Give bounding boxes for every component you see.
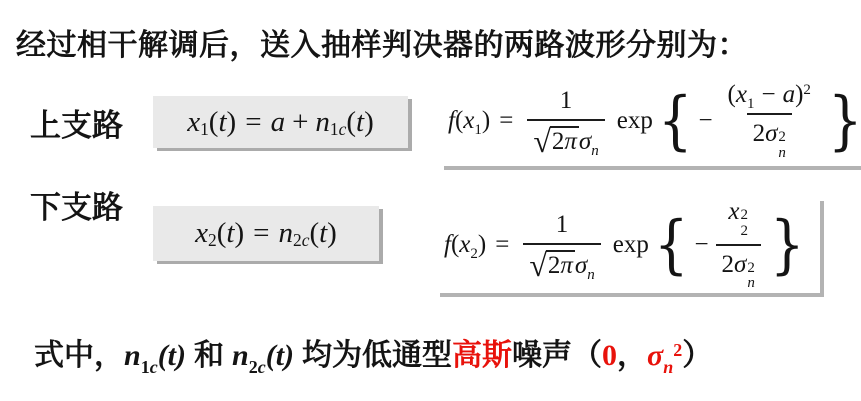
math-token: c (258, 357, 266, 377)
fraction-numerator: x22 (720, 198, 756, 244)
math-subscript: n (663, 357, 673, 377)
pdf1-lhs: f(x1)= (448, 107, 522, 135)
math-token: 1 (556, 211, 569, 239)
footer-noise: 噪声 (512, 339, 572, 372)
math-token: a (783, 81, 796, 109)
math-token: 2 (722, 251, 735, 279)
lower-branch-label: 下支路 (30, 182, 123, 227)
math-token: (t) (266, 339, 294, 372)
math-token: π (560, 252, 573, 280)
math-subscript: 2c (293, 230, 309, 251)
math-token: t (226, 217, 234, 250)
fraction-coefficient: 1 √2πσn (527, 87, 604, 156)
fraction-denominator: 2σ2n (716, 244, 761, 293)
math-token: 2 (249, 357, 258, 377)
math-token: n (315, 106, 330, 139)
right-brace: } (828, 94, 861, 148)
math-token: = (245, 106, 261, 139)
math-supsub-stack: 2n (747, 261, 755, 293)
math-token: exp (613, 231, 649, 259)
fraction-exponent: x22 2σ2n (716, 198, 761, 292)
math-token: n (232, 339, 249, 372)
math-supsub-stack: 22 (741, 208, 749, 240)
footer-zero-highlight: 0 (602, 339, 617, 372)
footer-intro: 式中， (34, 339, 124, 372)
math-token: 2 (293, 230, 302, 250)
pdf-formula-upper: f(x1)= 1 √2πσn exp { − (x1−a)2 2σ2n } (440, 76, 861, 166)
math-token: = (495, 231, 509, 258)
math-subscript: 2 (208, 230, 217, 251)
math-token: − (694, 231, 708, 259)
math-token: ) (482, 107, 490, 134)
math-token: exp (617, 107, 653, 135)
math-subscript: 1 (747, 96, 755, 113)
math-token: ， (617, 339, 647, 372)
fraction-numerator: 1 (552, 87, 581, 119)
math-token: ( (217, 217, 227, 250)
math-token: 2 (548, 252, 561, 280)
footer-and: 和 (194, 339, 224, 372)
left-brace: { (658, 94, 692, 148)
fraction-numerator: (x1−a)2 (720, 81, 819, 113)
math-token: （ (572, 339, 602, 372)
math-token: = (499, 107, 513, 134)
math-token: x (459, 231, 470, 258)
math-token: f (448, 107, 455, 134)
fraction-denominator: √2πσn (523, 243, 600, 280)
sqrt-icon: √ (529, 253, 547, 279)
math-token: ) (478, 231, 486, 258)
math-token: ) (234, 217, 244, 250)
math-token: t (218, 106, 226, 139)
math-token: 1 (141, 357, 150, 377)
math-token: σ (579, 128, 591, 156)
math-token: + (292, 106, 308, 139)
math-token: c (150, 357, 158, 377)
radicand: 2π (550, 126, 579, 156)
pdf2-lhs: f(x2)= (444, 231, 518, 259)
math-token: t (356, 106, 364, 139)
math-superscript: 2 (803, 82, 811, 99)
fraction-numerator: 1 (548, 211, 577, 243)
math-token: − (761, 81, 775, 109)
math-superscript: 2 (673, 340, 682, 360)
math-token: c (339, 119, 347, 139)
math-token: ( (728, 81, 736, 109)
math-token: σ (647, 339, 663, 372)
math-token: ） (682, 339, 712, 372)
math-token: ) (795, 81, 803, 109)
sqrt-icon: √ (533, 129, 551, 155)
math-supsub-stack: 2n (778, 130, 786, 162)
math-token: n (124, 339, 141, 372)
math-subscript: 1c (330, 119, 346, 140)
right-brace: } (770, 218, 804, 272)
math-superscript: 2 (778, 130, 786, 146)
math-token: x (728, 198, 739, 226)
math-token: n (279, 217, 294, 250)
math-token: − (698, 107, 712, 135)
math-subscript: n (747, 276, 755, 292)
fraction-coefficient: 1 √2πσn (523, 211, 600, 280)
math-subscript: 1 (200, 119, 209, 140)
math-token: c (302, 230, 310, 250)
math-token: 1 (330, 119, 339, 139)
fraction-denominator: 2σ2n (747, 113, 792, 162)
math-superscript: 2 (741, 208, 749, 224)
math-token: 2 (753, 120, 766, 148)
math-token: f (444, 231, 451, 258)
slide-title: 经过相干解调后，送入抽样判决器的两路波形分别为： (16, 20, 748, 64)
math-subscript: 2 (741, 224, 749, 240)
math-token: ( (346, 106, 356, 139)
math-token: ) (227, 106, 237, 139)
upper-branch-label: 上支路 (30, 100, 123, 145)
upper-branch-equation-box: x1(t)=a+n1c(t) (153, 96, 408, 148)
math-token: ( (209, 106, 219, 139)
fraction-denominator: √2πσn (527, 119, 604, 156)
footer-gauss-highlight: 高斯 (452, 339, 512, 372)
radicand: 2π (546, 250, 575, 280)
pdf-formula-lower: f(x2)= 1 √2πσn exp { − x22 2σ2n } (436, 197, 820, 293)
math-token: = (253, 217, 269, 250)
math-subscript: 2 (470, 246, 478, 262)
math-token: a (271, 106, 286, 139)
lower-branch-equation-box: x2(t)=n2c(t) (153, 206, 379, 261)
fraction-exponent: (x1−a)2 2σ2n (720, 81, 819, 162)
math-token: x (195, 217, 208, 250)
math-token: 1 (560, 87, 573, 115)
math-token: π (564, 128, 577, 156)
math-token: ) (364, 106, 374, 139)
footer-note: 式中，n1c(t)和n2c(t)均为低通型高斯噪声（0，σn2） (34, 330, 712, 374)
math-superscript: 2 (747, 261, 755, 277)
slide: 经过相干解调后，送入抽样判决器的两路波形分别为： 上支路 x1(t)=a+n1c… (0, 0, 861, 401)
math-token: x (463, 107, 474, 134)
math-subscript: n (587, 267, 595, 284)
math-token: x (736, 81, 747, 109)
footer-mid: 均为低通型 (302, 339, 452, 372)
math-token: σ (734, 251, 746, 279)
math-token: 2 (552, 128, 565, 156)
math-subscript: 2c (249, 357, 266, 377)
math-subscript: n (591, 143, 599, 160)
math-token: ) (327, 217, 337, 250)
math-token: x (187, 106, 200, 139)
left-brace: { (654, 218, 688, 272)
math-token: σ (765, 120, 777, 148)
math-subscript: 1c (141, 357, 158, 377)
math-token: ( (309, 217, 319, 250)
math-token: t (319, 217, 327, 250)
math-token: σ (575, 252, 587, 280)
math-subscript: n (778, 146, 786, 162)
math-token: (t) (158, 339, 186, 372)
math-subscript: 1 (474, 122, 482, 138)
